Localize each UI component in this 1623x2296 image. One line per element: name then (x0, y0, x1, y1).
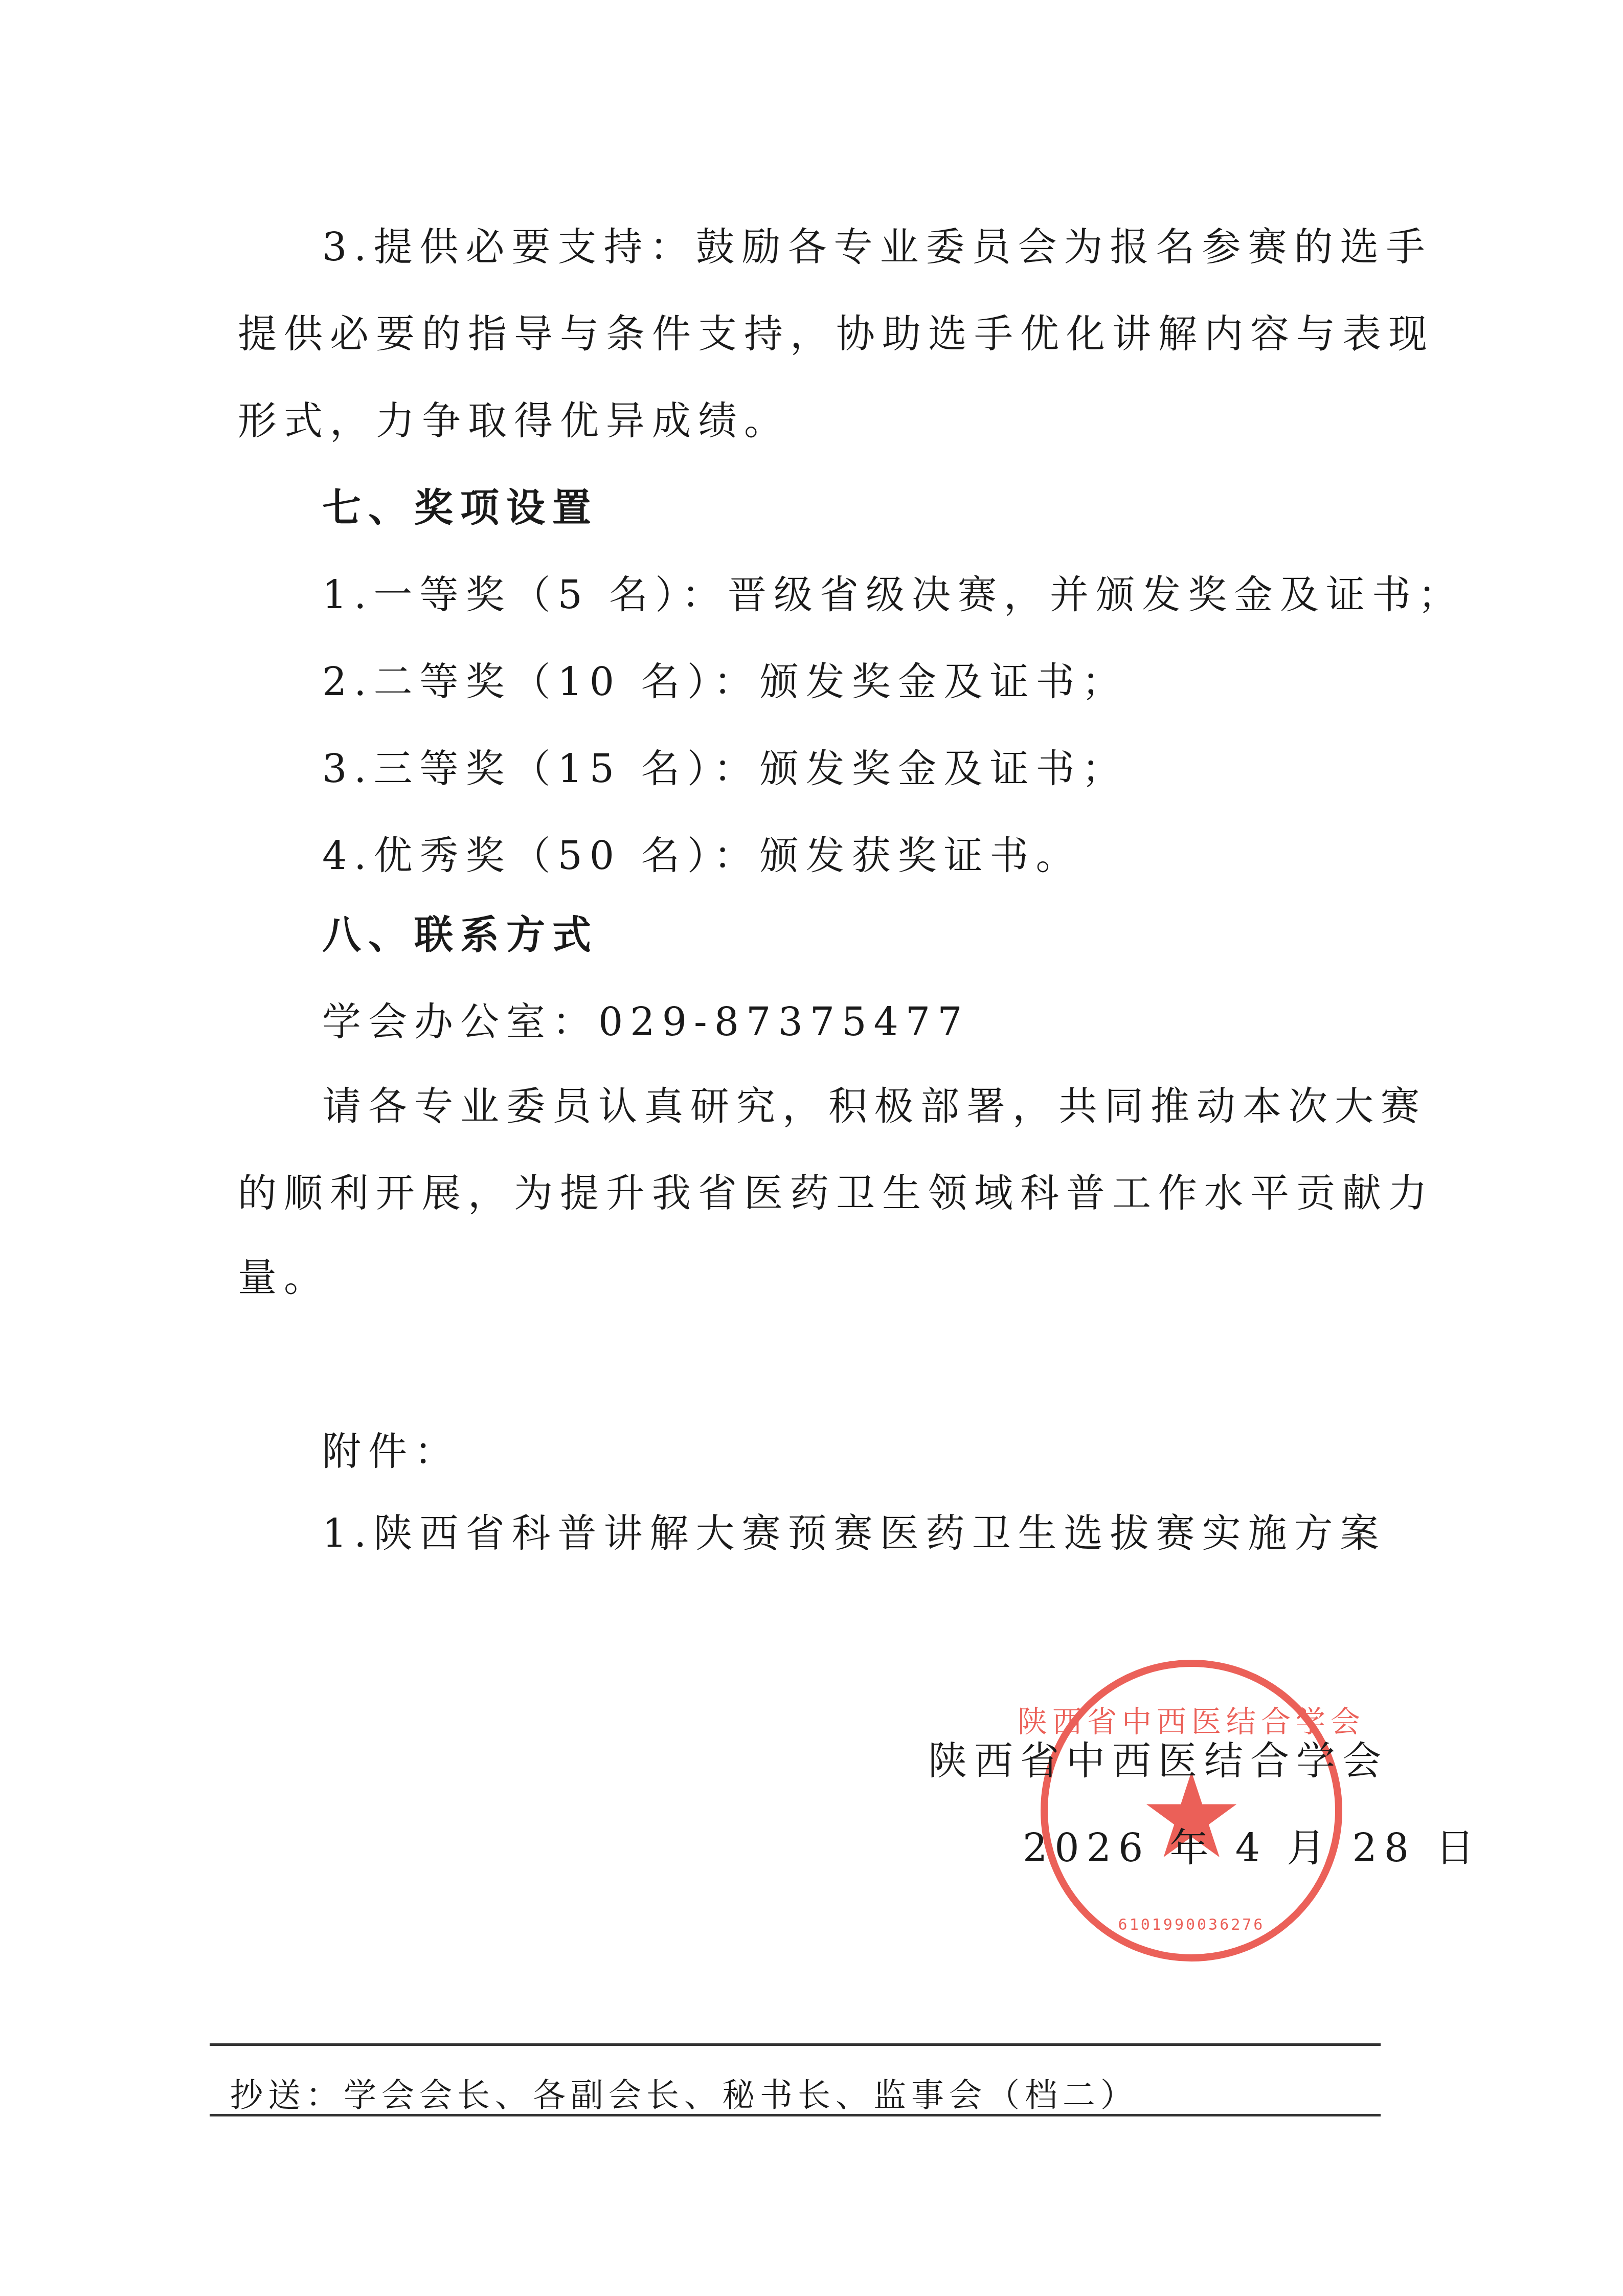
award-item-first: 1.一等奖（5 名）：晋级省级决赛，并颁发奖金及证书； (322, 575, 1464, 614)
closing-line-3: 量。 (238, 1258, 330, 1297)
attachments-label: 附件： (322, 1432, 460, 1471)
attachment-item-1: 1.陕西省科普讲解大赛预赛医药卫生选拔赛实施方案 (322, 1514, 1386, 1553)
award-item-excellence: 4.优秀奖（50 名）：颁发获奖证书。 (322, 836, 1081, 875)
seal-text: 陕西省中西医结合学会 (1018, 1698, 1365, 1741)
official-seal: 陕西省中西医结合学会 ★ 6101990036276 (1041, 1660, 1342, 1961)
signature-date: 2026 年 4 月 28 日 (1023, 1829, 1481, 1867)
seal-code: 6101990036276 (1118, 1916, 1265, 1934)
support-item-line-1: 3.提供必要支持：鼓励各专业委员会为报名参赛的选手 (322, 228, 1432, 266)
closing-line-1: 请各专业委员认真研究，积极部署，共同推动本次大赛 (322, 1087, 1427, 1126)
cc-top-rule (210, 2043, 1381, 2046)
cc-recipients: 抄送：学会会长、各副会长、秘书长、监事会（档二） (230, 2069, 1138, 2116)
award-item-second: 2.二等奖（10 名）：颁发奖金及证书； (322, 662, 1128, 701)
support-item-line-3: 形式，力争取得优异成绩。 (238, 402, 790, 440)
award-item-third: 3.三等奖（15 名）：颁发奖金及证书； (322, 749, 1128, 788)
closing-line-2: 的顺利开展，为提升我省医药卫生领域科普工作水平贡献力 (238, 1174, 1434, 1213)
support-item-line-2: 提供必要的指导与条件支持，协助选手优化讲解内容与表现 (238, 315, 1434, 353)
cc-bottom-rule (210, 2114, 1381, 2116)
contact-phone: 学会办公室：029-87375477 (322, 1002, 970, 1041)
signature-organization: 陕西省中西医结合学会 (928, 1742, 1388, 1780)
section-heading-awards: 七、奖项设置 (322, 488, 598, 527)
section-heading-contact: 八、联系方式 (322, 916, 598, 954)
